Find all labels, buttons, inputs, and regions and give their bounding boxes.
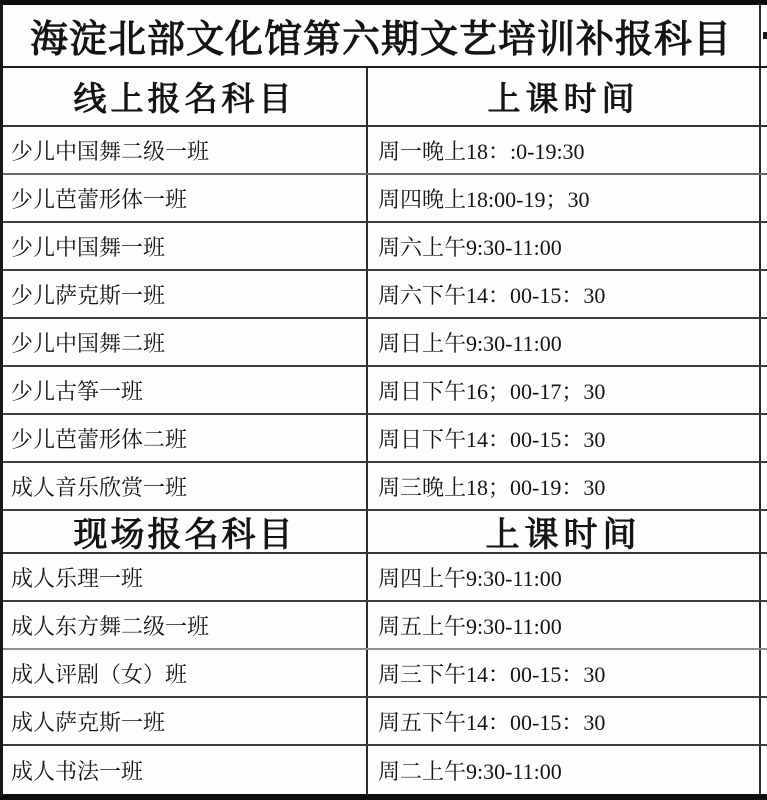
section-header-row: 线上报名科目上课时间 [3,68,767,127]
right-margin-strip [761,175,767,221]
table-sections: 线上报名科目上课时间少儿中国舞二级一班周一晚上18：:0-19:30少儿芭蕾形体… [3,68,767,794]
column-header-subject: 线上报名科目 [3,68,368,125]
course-row: 成人书法一班周二上午9:30-11:00 [3,746,767,794]
table-title: 海淀北部文化馆第六期文艺培训补报科目 [3,5,761,66]
right-margin-strip [761,746,767,794]
right-margin-strip [761,554,767,600]
course-name-cell: 少儿芭蕾形体一班 [3,175,368,221]
table-section: 线上报名科目上课时间少儿中国舞二级一班周一晚上18：:0-19:30少儿芭蕾形体… [3,68,767,511]
right-margin-strip [761,463,767,509]
right-margin-strip [761,127,767,173]
class-time-cell: 周日下午14：00-15：30 [368,415,761,461]
course-name-cell: 少儿古筝一班 [3,367,368,413]
class-time-cell: 周日下午16；00-17；30 [368,367,761,413]
course-name-cell: 少儿芭蕾形体二班 [3,415,368,461]
course-name-cell: 成人音乐欣赏一班 [3,463,368,509]
class-time-cell: 周五上午9:30-11:00 [368,602,761,648]
class-time-cell: 周五下午14：00-15：30 [368,698,761,744]
course-row: 少儿古筝一班周日下午16；00-17；30 [3,367,767,415]
course-name-cell: 成人萨克斯一班 [3,698,368,744]
course-row: 少儿中国舞一班周六上午9:30-11:00 [3,223,767,271]
course-row: 成人乐理一班周四上午9:30-11:00 [3,554,767,602]
class-time-cell: 周一晚上18：:0-19:30 [368,127,761,173]
course-row: 成人音乐欣赏一班周三晚上18；00-19：30 [3,463,767,511]
right-margin-strip [761,415,767,461]
right-margin-strip [761,319,767,365]
course-row: 少儿中国舞二级一班周一晚上18：:0-19:30 [3,127,767,175]
column-header-time: 上课时间 [368,68,761,125]
course-name-cell: 少儿中国舞一班 [3,223,368,269]
course-name-cell: 少儿中国舞二级一班 [3,127,368,173]
course-row: 成人萨克斯一班周五下午14：00-15：30 [3,698,767,746]
course-row: 少儿萨克斯一班周六下午14：00-15：30 [3,271,767,319]
course-name-cell: 成人书法一班 [3,746,368,794]
column-header-time: 上课时间 [368,511,761,552]
course-name-cell: 少儿萨克斯一班 [3,271,368,317]
column-header-subject: 现场报名科目 [3,511,368,552]
course-row: 少儿芭蕾形体一班周四晚上18:00-19；30 [3,175,767,223]
class-time-cell: 周六下午14：00-15：30 [368,271,761,317]
class-time-cell: 周三下午14：00-15：30 [368,650,761,696]
class-time-cell: 周六上午9:30-11:00 [368,223,761,269]
class-time-cell: 周四晚上18:00-19；30 [368,175,761,221]
course-name-cell: 成人东方舞二级一班 [3,602,368,648]
class-time-cell: 周二上午9:30-11:00 [368,746,761,794]
course-row: 成人评剧（女）班周三下午14：00-15：30 [3,650,767,698]
right-margin-strip [761,68,767,125]
right-margin-strip [761,223,767,269]
right-margin-strip [761,367,767,413]
right-margin-strip [761,511,767,552]
course-row: 少儿芭蕾形体二班周日下午14：00-15：30 [3,415,767,463]
right-margin-strip [761,698,767,744]
class-time-cell: 周日上午9:30-11:00 [368,319,761,365]
scanned-course-table-document: 海淀北部文化馆第六期文艺培训补报科目 线上报名科目上课时间少儿中国舞二级一班周一… [0,0,767,800]
class-time-cell: 周四上午9:30-11:00 [368,554,761,600]
course-name-cell: 成人评剧（女）班 [3,650,368,696]
course-row: 成人东方舞二级一班周五上午9:30-11:00 [3,602,767,650]
right-margin-strip [761,271,767,317]
right-margin-strip [761,602,767,648]
course-name-cell: 成人乐理一班 [3,554,368,600]
right-margin-strip [761,650,767,696]
table-title-row: 海淀北部文化馆第六期文艺培训补报科目 [3,5,767,68]
table-section: 现场报名科目上课时间成人乐理一班周四上午9:30-11:00成人东方舞二级一班周… [3,511,767,794]
scan-artifact [763,32,767,39]
section-header-row: 现场报名科目上课时间 [3,511,767,554]
course-row: 少儿中国舞二班周日上午9:30-11:00 [3,319,767,367]
course-name-cell: 少儿中国舞二班 [3,319,368,365]
class-time-cell: 周三晚上18；00-19：30 [368,463,761,509]
